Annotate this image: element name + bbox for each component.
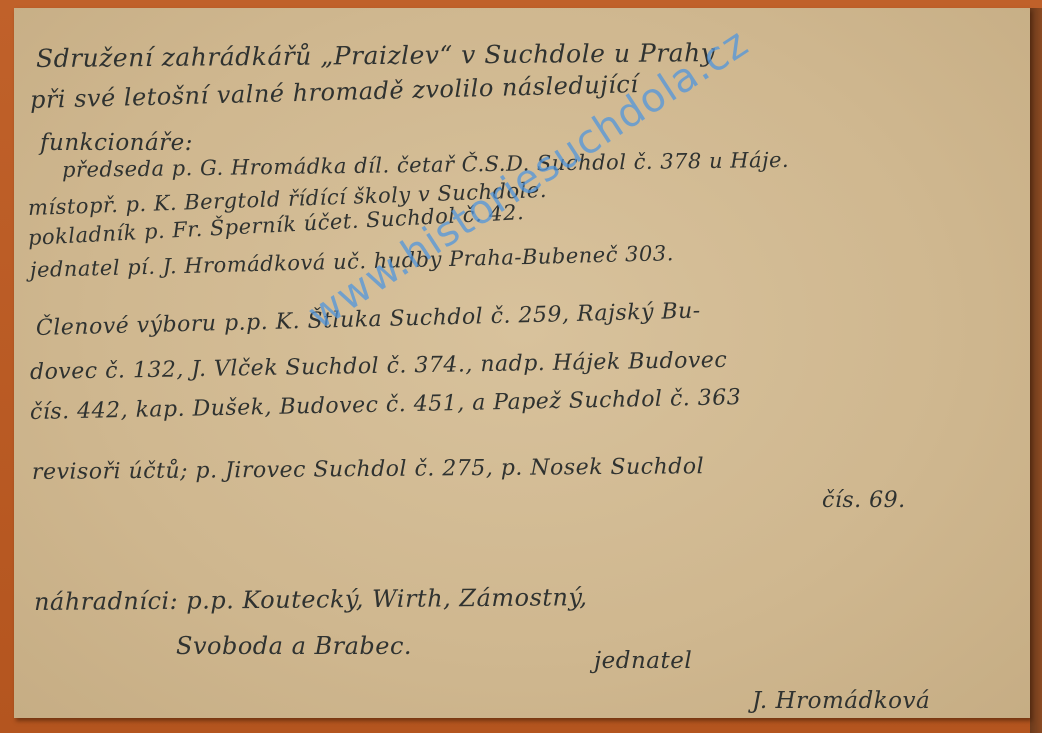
card-edge-shadow	[1030, 8, 1042, 733]
handwritten-line-3: funkcionáře:	[40, 130, 193, 156]
handwritten-line-1: Sdružení zahrádkářů „Praizlev“ v Suchdol…	[36, 38, 716, 73]
handwritten-line-14: Svoboda a Brabec.	[176, 632, 412, 660]
handwritten-line-12: čís. 69.	[822, 488, 906, 513]
handwritten-line-13: náhradníci: p.p. Koutecký, Wirth, Zámost…	[34, 583, 588, 616]
signature-name: J. Hromádková	[752, 688, 930, 714]
signature-title: jednatel	[594, 648, 692, 674]
